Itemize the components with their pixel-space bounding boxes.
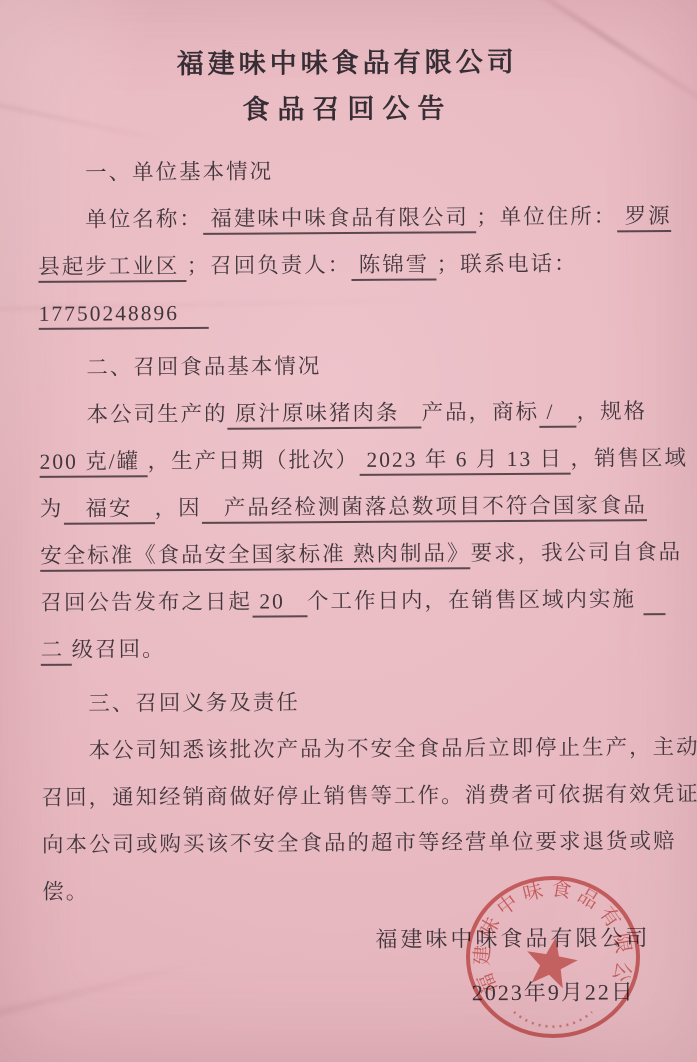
doc-line: 召回，通知经销商做好停止销售等工作。消费者可依据有效凭证 (41, 771, 661, 822)
text-segment: ，因 (155, 496, 202, 520)
text-segment: ，销售区域 (570, 446, 688, 471)
document-content: 福建味中味食品有限公司 食品召回公告 一、单位基本情况单位名称： 福建味中味食品… (0, 0, 697, 1062)
doc-line: 安全标准《食品安全国家标准 熟肉制品》要求，我公司自食品 (40, 529, 660, 580)
signature-date: 2023年9月22日 (43, 972, 663, 1016)
filled-blank: 陈锦雪 (351, 252, 436, 281)
section-heading: 三、召回义务及责任 (41, 677, 661, 728)
text-segment: 产品，商标 (422, 400, 540, 425)
doc-line: 本公司知悉该批次产品为不安全食品后立即停止生产，主动 (41, 724, 661, 775)
doc-line: 向本公司或购买该不安全食品的超市等经营单位要求退货或赔 (42, 818, 662, 869)
doc-line: 17750248896 (39, 287, 659, 338)
filled-blank: 二 (41, 638, 72, 666)
filled-blank: 福安 (63, 496, 154, 525)
text-segment: 为 (40, 497, 64, 521)
text-segment: ，生产日期（批次） (147, 448, 359, 473)
filled-blank: 2023 年 6 月 13 日 (359, 447, 571, 476)
recall-notice-document: 福建味中味食品有限公司 食品召回公告 一、单位基本情况单位名称： 福建味中味食品… (0, 0, 697, 1062)
filled-blank (643, 587, 665, 615)
text-segment: ；召回负责人： (187, 253, 352, 278)
document-title-subject: 食品召回公告 (37, 84, 657, 134)
signature-company: 福建味中味食品有限公司 (42, 918, 662, 962)
text-segment: 二、召回食品基本情况 (86, 354, 321, 379)
text-segment: 向本公司或购买该不安全食品的超市等经营单位要求退货或赔 (42, 829, 677, 857)
doc-line: 召回公告发布之日起 20 个工作日内，在销售区域内实施 (40, 576, 660, 627)
text-segment: 要求，我公司自食品 (470, 540, 682, 565)
text-segment: 三、召回义务及责任 (88, 690, 300, 715)
text-segment: ；联系电话： (436, 252, 577, 277)
section-heading: 一、单位基本情况 (38, 146, 658, 197)
text-segment: 个工作日内，在销售区域内实施 (307, 587, 644, 613)
text-segment: 召回，通知经销商做好停止销售等工作。消费者可依据有效凭证 (42, 782, 697, 810)
text-segment: ，规格 (577, 399, 648, 423)
document-body: 一、单位基本情况单位名称： 福建味中味食品有限公司 ；单位住所： 罗源县起步工业… (38, 146, 663, 916)
filled-blank: 安全标准《食品安全国家标准 熟肉制品》 (40, 541, 471, 572)
filled-blank: 20 (252, 589, 307, 617)
filled-blank: 200 克/罐 (39, 449, 147, 478)
doc-line: 单位名称： 福建味中味食品有限公司 ；单位住所： 罗源 (38, 193, 658, 244)
filled-blank: 产品经检测菌落总数项目不符合国家食品 (202, 493, 647, 524)
document-title-company: 福建味中味食品有限公司 (37, 38, 657, 88)
doc-line: 偿。 (42, 865, 662, 916)
filled-blank: / (539, 400, 577, 428)
text-segment: 一、单位基本情况 (85, 159, 273, 184)
doc-line: 本公司生产的 原汁原味猪肉条 产品，商标 / ，规格 (39, 388, 659, 439)
filled-blank: 原汁原味猪肉条 (228, 401, 422, 430)
text-segment: ；单位住所： (476, 204, 617, 229)
text-segment: 召回公告发布之日起 (40, 590, 252, 615)
filled-blank: 罗源 (617, 204, 672, 232)
doc-line: 二 级召回。 (41, 623, 661, 674)
doc-line: 为 福安 ，因 产品经检测菌落总数项目不符合国家食品 (40, 482, 660, 533)
text-segment: 级召回。 (72, 637, 166, 662)
doc-line: 县起步工业区 ；召回负责人： 陈锦雪 ；联系电话： (38, 240, 658, 291)
filled-blank: 县起步工业区 (38, 254, 187, 283)
text-segment: 偿。 (42, 880, 89, 904)
section-heading: 二、召回食品基本情况 (39, 341, 659, 392)
text-segment: 本公司知悉该批次产品为不安全食品后立即停止生产，主动 (89, 735, 697, 763)
filled-blank: 17750248896 (39, 301, 209, 330)
text-segment: 本公司生产的 (87, 402, 228, 427)
doc-line: 200 克/罐 ，生产日期（批次） 2023 年 6 月 13 日 ，销售区域 (39, 435, 659, 486)
text-segment: 单位名称： (85, 207, 203, 232)
filled-blank: 福建味中味食品有限公司 (203, 205, 476, 235)
